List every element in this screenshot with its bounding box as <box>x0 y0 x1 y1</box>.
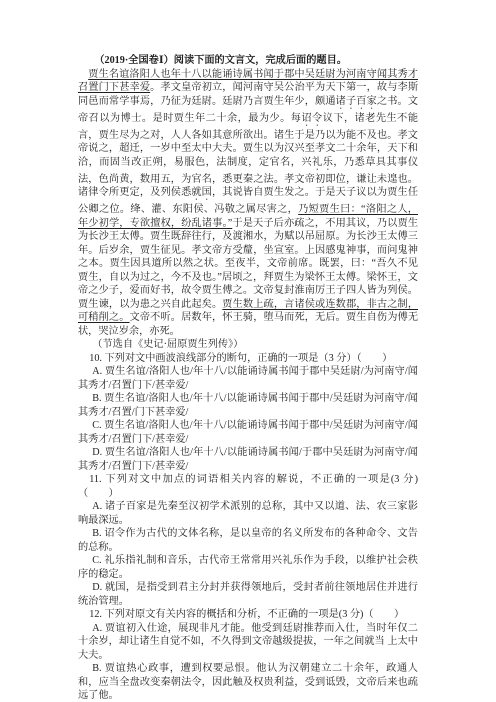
passage-body: 贾生名谊洛阳人也年十八以能诵诗属书闻于郡中吴廷尉为河南守闻其秀才召置门下甚幸爱。… <box>78 68 418 339</box>
source-heading: （2019·全国卷Ⅰ）阅读下面的文言文，完成后面的题目。 <box>78 54 418 68</box>
question-stem: 12. 下列对原文有关内容的概括和分析，不正确的一项是(3 分)（ ） <box>78 608 418 622</box>
question-option: B. 诏令作为古代的文体名称，是以皇帝的名义所发布的各种命令、文告的总称。 <box>78 527 418 554</box>
question-option: A. 诸子百家是先秦至汉初学术派别的总称，其中又以道、法、农三家影响最深远。 <box>78 500 418 527</box>
passage-dots-text: 诸子百家 <box>336 96 377 107</box>
question-option: A. 贾生名谊/洛阳人也/年十八/以能诵诗属书闻于郡中吴廷尉/为河南守/闻其秀才… <box>78 365 418 392</box>
passage-source: （节选自《史记·屈原贾生列传》） <box>78 338 418 352</box>
question-option: D. 贾生名谊/洛阳人也/年十八/以能诵诗属书闻/于郡中吴廷尉为河南守/闻其秀才… <box>78 446 418 473</box>
question-option: B. 贾生名谊/洛阳人也/年十八/以能诵诗属书闻于郡中/吴廷尉为河南守/闻其秀才… <box>78 392 418 419</box>
question-stem: 11. 下列对文中加点的词语相关内容的解说，不正确的一项是(3 分)（ ） <box>78 473 418 500</box>
passage-dots-text: 礼乐 <box>312 157 333 168</box>
classical-passage: 贾生名谊洛阳人也年十八以能诵诗属书闻于郡中吴廷尉为河南守闻其秀才召置门下甚幸爱。… <box>78 68 418 352</box>
question-option: C. 礼乐指礼制和音乐，古代帝王常常用兴礼乐作为手段，以维护社会秩序的稳定。 <box>78 554 418 581</box>
question-list: 10. 下列对文中画波浪线部分的断句，正确的一项是（3 分）（ ）A. 贾生名谊… <box>78 352 418 702</box>
passage-text: 文帝不听。居数年，怀王骑，堕马而死，无后。贾生自伤为傅无状，哭泣岁余，亦死。 <box>78 312 418 337</box>
question-option: B. 贾谊热心政事，遭到权要忌恨。他认为汉朝建立二十余年，政通人和，应当全盘改变… <box>78 662 418 702</box>
question-option: A. 贾谊初入仕途，展现非凡才能。他受到廷尉推荐而入仕，当时年仅二十余岁，却让诸… <box>78 622 418 663</box>
exam-text-block: （2019·全国卷Ⅰ）阅读下面的文言文，完成后面的题目。 贾生名谊洛阳人也年十八… <box>78 54 418 702</box>
document-page: （2019·全国卷Ⅰ）阅读下面的文言文，完成后面的题目。 贾生名谊洛阳人也年十八… <box>0 0 496 702</box>
question-option: C. 贾生名谊/洛阳人也/年十八/以能诵诗属书闻于郡中/吴廷尉为河南守/闻其秀才… <box>78 419 418 446</box>
passage-text: （节选自《史记·屈原贾生列传》） <box>92 339 243 350</box>
passage-dots-text: 就国 <box>191 187 212 198</box>
passage-dots-text: 诏令 <box>301 113 322 124</box>
question-option: D. 就国，是指受到君主分封并获得领地后，受封者前往领地居住并进行统治管理。 <box>78 581 418 608</box>
question-stem: 10. 下列对文中画波浪线部分的断句，正确的一项是（3 分）（ ） <box>78 352 418 366</box>
passage-text: 于是天子后亦疏之，不用其议，乃以贾生为长沙王太傅。贾生既辞往行，及渡湘水，为赋以… <box>78 218 418 310</box>
